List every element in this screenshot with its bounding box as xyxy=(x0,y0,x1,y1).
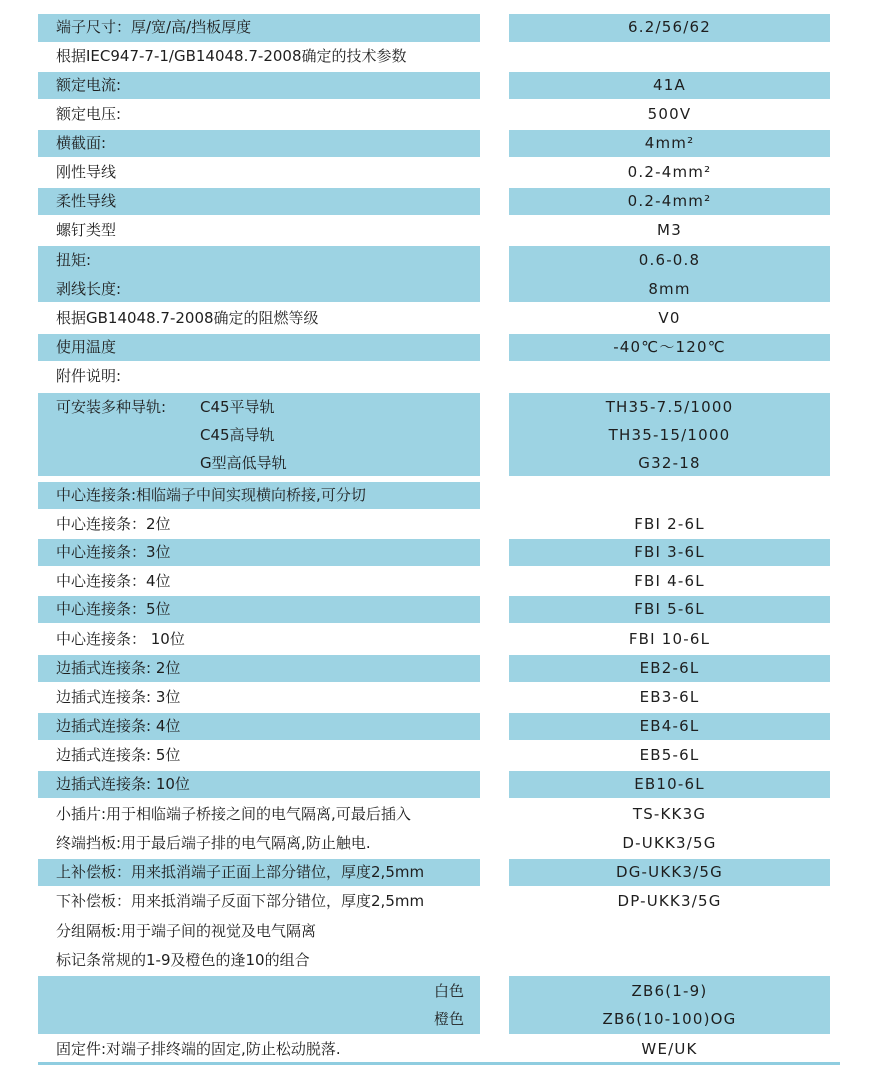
spec-label: 刚性导线 xyxy=(38,158,480,187)
spec-value: TS-KK3G xyxy=(509,800,830,829)
rail-value-g-type: G32-18 xyxy=(509,449,830,478)
spec-label: 根据GB14048.7-2008确定的阻燃等级 xyxy=(38,304,480,333)
spec-value: 6.2/56/62 xyxy=(509,13,830,42)
spec-row-rated-current: 额定电流: 41A xyxy=(0,72,870,99)
spec-label-strip-length: 剥线长度: xyxy=(38,275,480,304)
spec-value-cell: 500V xyxy=(509,101,830,129)
spec-label-cell: 额定电压: xyxy=(38,101,480,129)
spec-value: DP-UKK3/5G xyxy=(509,887,830,916)
spec-value-cell: EB3-6L xyxy=(509,683,830,711)
spec-row-bridge: 中心连接条：2位 FBI 2-6L xyxy=(0,510,870,538)
spec-label-cell: 中心连接条:相临端子中间实现横向桥接,可分切 xyxy=(38,482,480,509)
spec-label: 中心连接条： 10位 xyxy=(38,625,480,654)
rail-label-c45-high: C45高导轨 xyxy=(38,421,480,450)
spec-row-rated-voltage: 额定电压: 500V xyxy=(0,101,870,129)
spec-label-cell: 可安装多种导轨: C45平导轨 C45高导轨 G型高低导轨 xyxy=(38,393,480,476)
spec-value-cell: TH35-7.5/1000 TH35-15/1000 G32-18 xyxy=(509,393,830,476)
spec-value-cell: FBI 5-6L xyxy=(509,596,830,623)
spec-label: 端子尺寸：厚/宽/高/挡板厚度 xyxy=(38,13,480,42)
spec-row-accessory: 标记条常规的1-9及橙色的逢10的组合 xyxy=(0,946,870,974)
spec-label-cell: 边插式连接条: 5位 xyxy=(38,741,480,769)
spec-label: 固定件:对端子排终端的固定,防止松动脱落. xyxy=(38,1035,480,1064)
spec-label: 使用温度 xyxy=(38,333,480,362)
spec-label-cell: 刚性导线 xyxy=(38,159,480,187)
spec-row-bridge: 中心连接条：5位 FBI 5-6L xyxy=(0,596,870,623)
spec-label: 上补偿板：用来抵消端子正面上部分错位，厚度2,5mm xyxy=(38,858,480,887)
spec-value-strip-length: 8mm xyxy=(509,275,830,304)
spec-label-torque: 扭矩: xyxy=(38,246,480,275)
spec-row-terminal-size: 端子尺寸：厚/宽/高/挡板厚度 6.2/56/62 xyxy=(0,14,870,42)
spec-value-cell: 0.2-4mm² xyxy=(509,188,830,215)
spec-row-bridge: 中心连接条：4位 FBI 4-6L xyxy=(0,567,870,595)
spec-row-bridge: 中心连接条： 10位 FBI 10-6L xyxy=(0,625,870,653)
marker-value-orange: ZB6(10-100)OG xyxy=(509,1005,830,1034)
spec-value-cell: 0.6-0.8 8mm xyxy=(509,246,830,302)
spec-row-accessory: 小插片:用于相临端子桥接之间的电气隔离,可最后插入 TS-KK3G xyxy=(0,800,870,828)
spec-row-flexible-wire: 柔性导线 0.2-4mm² xyxy=(0,188,870,215)
spec-value-cell: WE/UK xyxy=(509,1035,830,1062)
spec-label: 终端挡板:用于最后端子排的电气隔离,防止触电. xyxy=(38,829,480,858)
spec-row-bridge: 边插式连接条: 2位 EB2-6L xyxy=(0,655,870,682)
spec-label-cell: 中心连接条： 10位 xyxy=(38,625,480,653)
spec-label: 中心连接条：2位 xyxy=(38,510,480,539)
spec-row-rigid-wire: 刚性导线 0.2-4mm² xyxy=(0,159,870,187)
spec-value-cell: FBI 10-6L xyxy=(509,625,830,653)
spec-row-accessory: 终端挡板:用于最后端子排的电气隔离,防止触电. D-UKK3/5G xyxy=(0,829,870,857)
spec-label: 分组隔板:用于端子间的视觉及电气隔离 xyxy=(38,917,480,946)
spec-value: M3 xyxy=(509,216,830,245)
spec-value-cell: EB5-6L xyxy=(509,741,830,769)
spec-label: 中心连接条：3位 xyxy=(38,538,480,567)
spec-label: 中心连接条：5位 xyxy=(38,595,480,624)
spec-value: EB4-6L xyxy=(509,712,830,741)
spec-value-cell: 0.2-4mm² xyxy=(509,159,830,187)
spec-row-cross-section: 横截面: 4mm² xyxy=(0,130,870,157)
spec-value: FBI 2-6L xyxy=(509,510,830,539)
spec-label: 边插式连接条: 3位 xyxy=(38,683,480,712)
marker-label-white: 白色 xyxy=(38,977,480,1006)
spec-value-cell: FBI 4-6L xyxy=(509,567,830,595)
spec-value: WE/UK xyxy=(509,1035,830,1064)
spec-value: EB10-6L xyxy=(509,770,830,799)
spec-label-cell: 根据GB14048.7-2008确定的阻燃等级 xyxy=(38,304,480,332)
spec-row-bridge: 边插式连接条: 10位 EB10-6L xyxy=(0,771,870,798)
spec-value-cell: EB2-6L xyxy=(509,655,830,682)
spec-label: 边插式连接条: 10位 xyxy=(38,770,480,799)
spec-row-bridge: 边插式连接条: 5位 EB5-6L xyxy=(0,741,870,769)
spec-label-cell: 横截面: xyxy=(38,130,480,157)
spec-label-cell: 标记条常规的1-9及橙色的逢10的组合 xyxy=(38,946,480,974)
spec-label-cell: 小插片:用于相临端子桥接之间的电气隔离,可最后插入 xyxy=(38,800,480,828)
spec-label-cell: 根据IEC947-7-1/GB14048.7-2008确定的技术参数 xyxy=(38,43,480,71)
spec-value: FBI 5-6L xyxy=(509,595,830,624)
spec-value-cell: M3 xyxy=(509,217,830,245)
spec-value-cell: 4mm² xyxy=(509,130,830,157)
spec-value-cell: FBI 2-6L xyxy=(509,510,830,538)
rail-label-g-type: G型高低导轨 xyxy=(38,449,480,478)
spec-value: EB5-6L xyxy=(509,741,830,770)
spec-row-bridge: 边插式连接条: 3位 EB3-6L xyxy=(0,683,870,711)
spec-value-cell: TS-KK3G xyxy=(509,800,830,828)
spec-value: 0.2-4mm² xyxy=(509,187,830,216)
spec-label: 中心连接条:相临端子中间实现横向桥接,可分切 xyxy=(38,481,480,510)
spec-label: 螺钉类型 xyxy=(38,216,480,245)
spec-value: D-UKK3/5G xyxy=(509,829,830,858)
spec-value-cell: D-UKK3/5G xyxy=(509,829,830,857)
spec-value: FBI 10-6L xyxy=(509,625,830,654)
spec-label: 横截面: xyxy=(38,129,480,158)
spec-row-flame-rating: 根据GB14048.7-2008确定的阻燃等级 V0 xyxy=(0,304,870,332)
spec-label-cell: 固定件:对端子排终端的固定,防止松动脱落. xyxy=(38,1035,480,1062)
spec-row-markers: 白色 橙色 ZB6(1-9) ZB6(10-100)OG xyxy=(0,976,870,1034)
spec-label-cell: 白色 橙色 xyxy=(38,976,480,1034)
spec-value-cell: DG-UKK3/5G xyxy=(509,859,830,886)
spec-row-torque-strip: 扭矩: 剥线长度: 0.6-0.8 8mm xyxy=(0,246,870,302)
spec-label-cell: 终端挡板:用于最后端子排的电气隔离,防止触电. xyxy=(38,829,480,857)
spec-label-cell: 边插式连接条: 3位 xyxy=(38,683,480,711)
spec-label-cell: 边插式连接条: 2位 xyxy=(38,655,480,682)
spec-value-cell xyxy=(509,43,830,71)
spec-row-accessories-heading: 附件说明: xyxy=(0,362,870,390)
spec-row-screw-type: 螺钉类型 M3 xyxy=(0,217,870,245)
spec-label: 柔性导线 xyxy=(38,187,480,216)
spec-value: -40℃～120℃ xyxy=(509,333,830,362)
spec-label-cell: 使用温度 xyxy=(38,334,480,361)
spec-label: 附件说明: xyxy=(38,362,480,391)
spec-row-fixing: 固定件:对端子排终端的固定,防止松动脱落. WE/UK xyxy=(0,1035,870,1062)
spec-value: EB2-6L xyxy=(509,654,830,683)
spec-row-center-bridge-header: 中心连接条:相临端子中间实现横向桥接,可分切 xyxy=(0,482,870,509)
spec-value-cell: ZB6(1-9) ZB6(10-100)OG xyxy=(509,976,830,1034)
rail-label-c45-flat: C45平导轨 xyxy=(38,393,480,422)
rail-value-c45-flat: TH35-7.5/1000 xyxy=(509,393,830,422)
spec-row-bridge: 中心连接条：3位 FBI 3-6L xyxy=(0,539,870,566)
marker-label-orange: 橙色 xyxy=(38,1005,480,1034)
spec-value: DG-UKK3/5G xyxy=(509,858,830,887)
spec-label-cell: 边插式连接条: 4位 xyxy=(38,713,480,740)
spec-label-cell: 中心连接条：3位 xyxy=(38,539,480,566)
spec-label-cell: 扭矩: 剥线长度: xyxy=(38,246,480,302)
spec-label: 下补偿板：用来抵消端子反面下部分错位，厚度2,5mm xyxy=(38,887,480,916)
spec-label: 小插片:用于相临端子桥接之间的电气隔离,可最后插入 xyxy=(38,800,480,829)
spec-value: 500V xyxy=(509,100,830,129)
spec-value-cell: DP-UKK3/5G xyxy=(509,887,830,915)
spec-label-cell: 中心连接条：2位 xyxy=(38,510,480,538)
marker-value-white: ZB6(1-9) xyxy=(509,977,830,1006)
spec-value: 0.2-4mm² xyxy=(509,158,830,187)
spec-label-cell: 边插式连接条: 10位 xyxy=(38,771,480,798)
spec-row-bridge: 边插式连接条: 4位 EB4-6L xyxy=(0,713,870,740)
spec-value-cell: EB4-6L xyxy=(509,713,830,740)
spec-label-cell: 额定电流: xyxy=(38,72,480,99)
spec-label: 额定电流: xyxy=(38,71,480,100)
spec-value-cell: 41A xyxy=(509,72,830,99)
spec-label: 根据IEC947-7-1/GB14048.7-2008确定的技术参数 xyxy=(38,42,480,71)
spec-value: 41A xyxy=(509,71,830,100)
spec-value: FBI 4-6L xyxy=(509,567,830,596)
spec-label-cell: 附件说明: xyxy=(38,362,480,390)
spec-value-cell: V0 xyxy=(509,304,830,332)
spec-row-accessory: 分组隔板:用于端子间的视觉及电气隔离 xyxy=(0,917,870,945)
spec-label: 中心连接条：4位 xyxy=(38,567,480,596)
spec-row-rails: 可安装多种导轨: C45平导轨 C45高导轨 G型高低导轨 TH35-7.5/1… xyxy=(0,393,870,476)
spec-value: V0 xyxy=(509,304,830,333)
spec-value: 4mm² xyxy=(509,129,830,158)
spec-label-cell: 下补偿板：用来抵消端子反面下部分错位，厚度2,5mm xyxy=(38,887,480,915)
spec-label: 边插式连接条: 5位 xyxy=(38,741,480,770)
spec-row-standard: 根据IEC947-7-1/GB14048.7-2008确定的技术参数 xyxy=(0,43,870,71)
spec-label-cell: 中心连接条：4位 xyxy=(38,567,480,595)
spec-value: EB3-6L xyxy=(509,683,830,712)
spec-label-cell: 端子尺寸：厚/宽/高/挡板厚度 xyxy=(38,14,480,42)
spec-label-cell: 柔性导线 xyxy=(38,188,480,215)
spec-row-temperature: 使用温度 -40℃～120℃ xyxy=(0,334,870,361)
spec-value: FBI 3-6L xyxy=(509,538,830,567)
spec-value xyxy=(509,42,830,71)
spec-label: 边插式连接条: 4位 xyxy=(38,712,480,741)
bottom-divider xyxy=(38,1062,840,1065)
spec-label-cell: 上补偿板：用来抵消端子正面上部分错位，厚度2,5mm xyxy=(38,859,480,886)
spec-value-cell: EB10-6L xyxy=(509,771,830,798)
spec-value-cell: FBI 3-6L xyxy=(509,539,830,566)
spec-label-cell: 螺钉类型 xyxy=(38,217,480,245)
spec-value-cell: 6.2/56/62 xyxy=(509,14,830,42)
spec-label: 额定电压: xyxy=(38,100,480,129)
spec-label-cell: 分组隔板:用于端子间的视觉及电气隔离 xyxy=(38,917,480,945)
spec-label: 边插式连接条: 2位 xyxy=(38,654,480,683)
rail-value-c45-high: TH35-15/1000 xyxy=(509,421,830,450)
spec-value-torque: 0.6-0.8 xyxy=(509,246,830,275)
spec-label-cell: 中心连接条：5位 xyxy=(38,596,480,623)
spec-row-accessory: 上补偿板：用来抵消端子正面上部分错位，厚度2,5mm DG-UKK3/5G xyxy=(0,859,870,886)
spec-label: 标记条常规的1-9及橙色的逢10的组合 xyxy=(38,946,480,975)
spec-value-cell: -40℃～120℃ xyxy=(509,334,830,361)
spec-row-accessory: 下补偿板：用来抵消端子反面下部分错位，厚度2,5mm DP-UKK3/5G xyxy=(0,887,870,915)
